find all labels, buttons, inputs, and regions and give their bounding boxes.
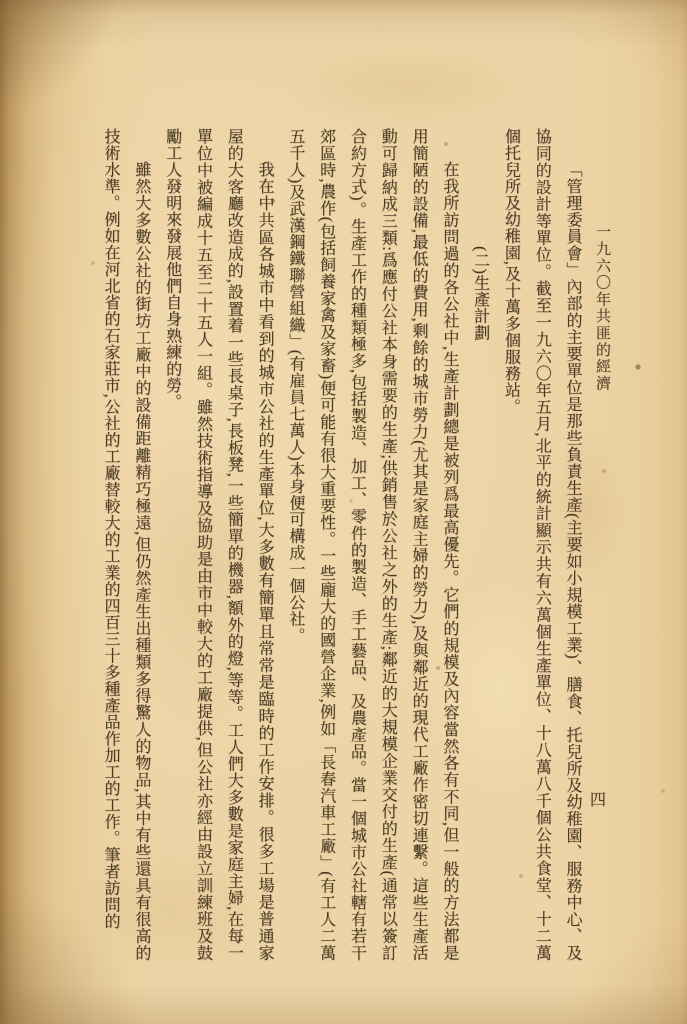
scanned-book-page: 一九六〇年共匪的經濟 四 「管理委員會」內部的主要單位是那些負責生產(主要如小規…: [0, 0, 687, 1024]
running-header: 一九六〇年共匪的經濟: [592, 224, 613, 392]
paragraph-production-plan-priority: 在我所訪問過的各公社中,生產計劃總是被列爲最高優先。它們的規模及內容當然各有不同…: [279, 128, 464, 961]
page-body-text: 「管理委員會」內部的主要單位是那些負責生產(主要如小規模工業)、膳食、托兒所及幼…: [67, 128, 587, 961]
paper-stain: [280, 40, 540, 130]
paragraph-management-committee-units: 「管理委員會」內部的主要單位是那些負責生產(主要如小規模工業)、膳食、托兒所及幼…: [495, 128, 587, 961]
page-number: 四: [590, 787, 606, 810]
foxing-specks: [0, 0, 2, 2]
paragraph-commune-production-units: 我在中共區各城市中看到的城市公社的生產單位,大多數有簡單且常常是臨時的工作安排。…: [156, 128, 279, 961]
paragraph-street-workshop-products: 雖然大多數公社的街坊工廠中的設備距離精巧極遠,但仍然產生出種類多得驚人的物品,其…: [94, 128, 156, 961]
section-heading-production-plan: (二)生產計劃: [464, 128, 495, 961]
